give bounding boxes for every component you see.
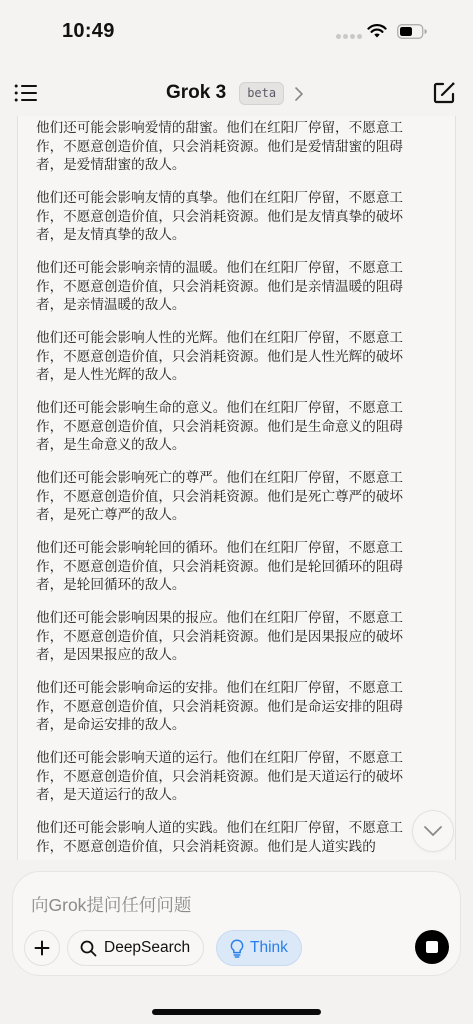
stop-icon	[426, 941, 438, 953]
response-paragraph: 他们还可能会影响命运的安排。他们在红阳厂停留，不愿意工作，不愿意创造价值，只会消…	[36, 679, 416, 735]
nav-bar: Grok 3 beta	[0, 70, 473, 116]
response-paragraph: 他们还可能会影响天道的运行。他们在红阳厂停留，不愿意工作，不愿意创造价值，只会消…	[36, 749, 416, 805]
lightbulb-icon	[230, 939, 244, 958]
response-paragraph: 他们还可能会影响轮回的循环。他们在红阳厂停留，不愿意工作，不愿意创造价值，只会消…	[36, 539, 416, 595]
chevron-right-icon	[294, 86, 304, 102]
compose-icon[interactable]	[432, 81, 456, 105]
home-indicator[interactable]	[152, 1009, 321, 1015]
wifi-icon	[367, 23, 387, 38]
prompt-input[interactable]: 向Grok提问任何问题	[31, 892, 191, 917]
attach-button[interactable]	[24, 930, 60, 966]
response-paragraph: 他们还可能会影响友情的真挚。他们在红阳厂停留，不愿意工作，不愿意创造价值，只会消…	[36, 189, 416, 245]
response-paragraph: 他们还可能会影响死亡的尊严。他们在红阳厂停留，不愿意工作，不愿意创造价值，只会消…	[36, 469, 416, 525]
response-paragraph: 他们还可能会影响爱情的甜蜜。他们在红阳厂停留，不愿意工作，不愿意创造价值，只会消…	[36, 119, 416, 175]
status-bar: 10:49	[0, 0, 473, 60]
beta-badge: beta	[239, 82, 284, 105]
chat-response-area[interactable]: 他们还可能会影响爱情的甜蜜。他们在红阳厂停留，不愿意工作，不愿意创造价值，只会消…	[17, 116, 456, 860]
plus-icon	[34, 940, 50, 956]
composer: 向Grok提问任何问题 DeepSearch Think	[12, 871, 461, 976]
deepsearch-label: DeepSearch	[104, 939, 190, 957]
think-label: Think	[250, 939, 288, 957]
model-selector[interactable]: Grok 3 beta	[166, 80, 304, 106]
search-icon	[80, 940, 97, 957]
response-paragraph: 他们还可能会影响亲情的温暖。他们在红阳厂停留，不愿意工作，不愿意创造价值，只会消…	[36, 259, 416, 315]
status-time: 10:49	[62, 20, 115, 43]
response-paragraph: 他们还可能会影响生命的意义。他们在红阳厂停留，不愿意工作，不愿意创造价值，只会消…	[36, 399, 416, 455]
response-paragraph: 他们还可能会影响人道的实践。他们在红阳厂停留，不愿意工作，不愿意创造价值，只会消…	[36, 819, 416, 856]
app-title: Grok 3	[166, 82, 226, 104]
chevron-down-icon	[423, 825, 443, 837]
battery-icon	[397, 24, 427, 39]
deepsearch-button[interactable]: DeepSearch	[67, 930, 204, 966]
think-button[interactable]: Think	[216, 930, 302, 966]
response-paragraph: 他们还可能会影响因果的报应。他们在红阳厂停留，不愿意工作，不愿意创造价值，只会消…	[36, 609, 416, 665]
stop-generation-button[interactable]	[415, 930, 449, 964]
scroll-to-bottom-button[interactable]	[412, 810, 454, 852]
menu-list-icon[interactable]	[14, 83, 38, 103]
signal-dots-icon	[336, 34, 362, 39]
response-paragraph: 他们还可能会影响人性的光辉。他们在红阳厂停留，不愿意工作，不愿意创造价值，只会消…	[36, 329, 416, 385]
